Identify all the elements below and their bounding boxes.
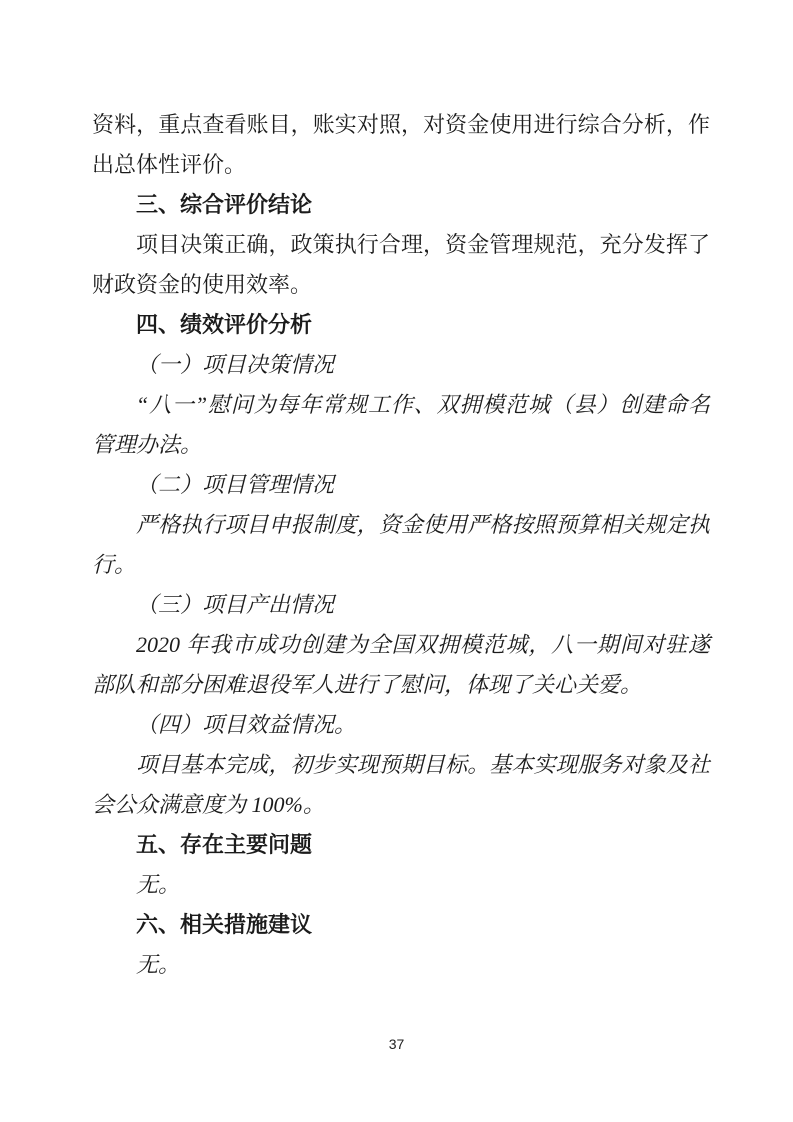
document-body: 资料，重点查看账目，账实对照，对资金使用进行综合分析，作出总体性评价。三、综合评… [92, 105, 710, 985]
body-paragraph: “八一”慰问为每年常规工作、双拥模范城（县）创建命名管理办法。 [92, 385, 710, 465]
section-heading: 六、相关措施建议 [92, 905, 710, 945]
document-page: 资料，重点查看账目，账实对照，对资金使用进行综合分析，作出总体性评价。三、综合评… [0, 0, 793, 1122]
subsection-heading: （一）项目决策情况 [92, 345, 710, 385]
subsection-heading: （二）项目管理情况 [92, 465, 710, 505]
page-footer: 37 [0, 1036, 793, 1054]
body-paragraph: 无。 [92, 945, 710, 985]
body-paragraph: 2020 年我市成功创建为全国双拥模范城，八一期间对驻遂部队和部分困难退役军人进… [92, 625, 710, 705]
section-heading: 四、绩效评价分析 [92, 305, 710, 345]
section-heading: 五、存在主要问题 [92, 825, 710, 865]
section-heading: 三、综合评价结论 [92, 185, 710, 225]
body-paragraph: 严格执行项目申报制度，资金使用严格按照预算相关规定执行。 [92, 505, 710, 585]
page-number: 37 [389, 1036, 405, 1052]
body-paragraph: 项目基本完成，初步实现预期目标。基本实现服务对象及社会公众满意度为 100%。 [92, 745, 710, 825]
body-paragraph: 资料，重点查看账目，账实对照，对资金使用进行综合分析，作出总体性评价。 [92, 105, 710, 185]
body-paragraph: 项目决策正确，政策执行合理，资金管理规范，充分发挥了财政资金的使用效率。 [92, 225, 710, 305]
subsection-heading: （四）项目效益情况。 [92, 705, 710, 745]
subsection-heading: （三）项目产出情况 [92, 585, 710, 625]
body-paragraph: 无。 [92, 865, 710, 905]
